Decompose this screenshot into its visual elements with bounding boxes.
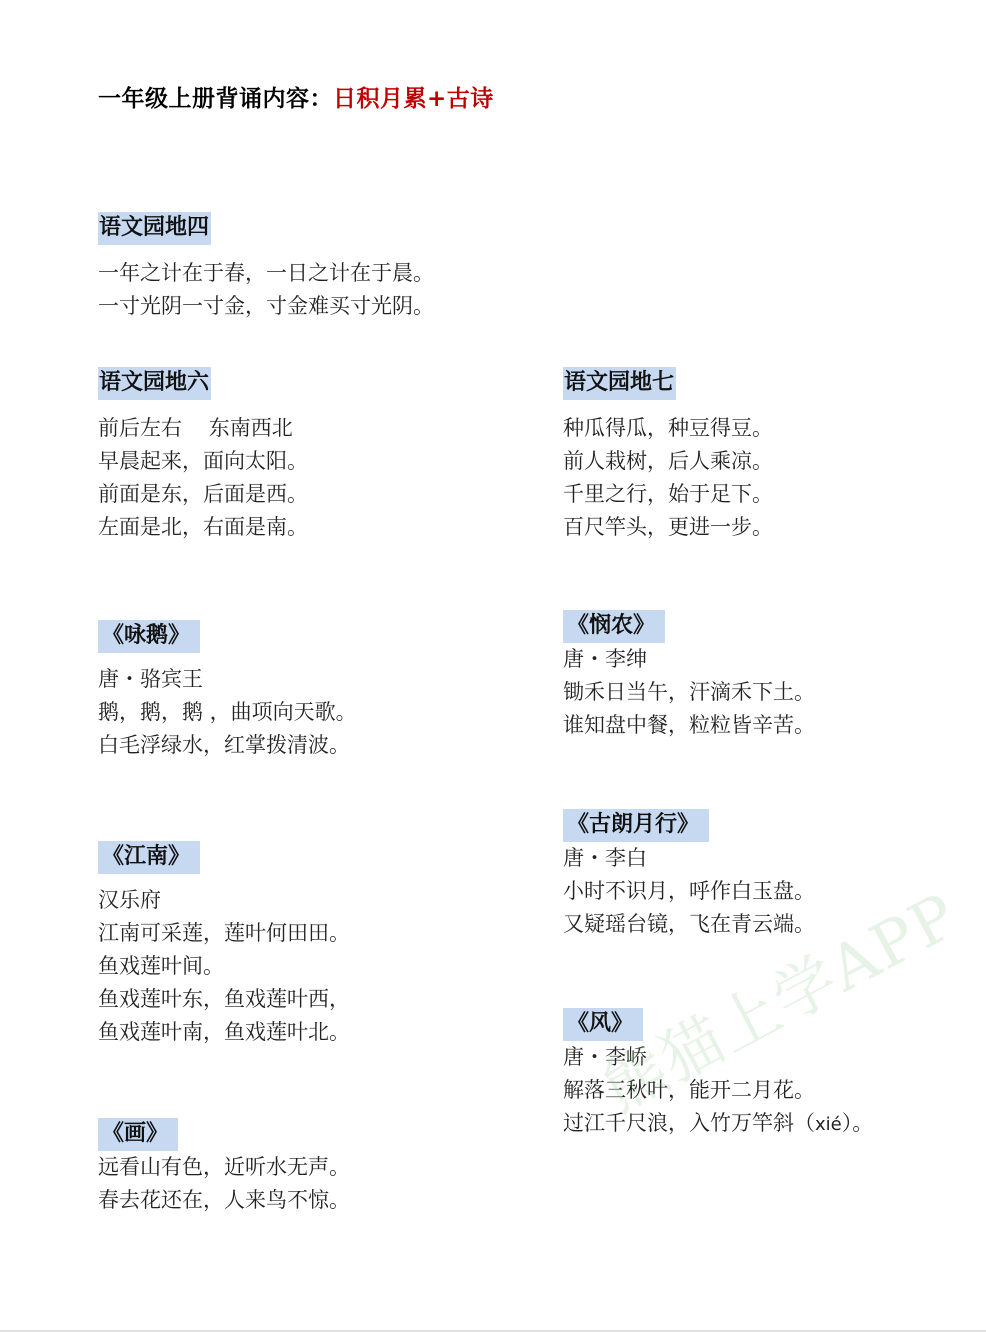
poem-title: 《悯农》	[563, 610, 665, 643]
section-yuandi-6: 语文园地六 前后左右 东南西北 早晨起来，面向太阳。 前面是东，后面是西。 左面…	[98, 367, 308, 544]
text-line: 种瓜得瓜，种豆得豆。	[563, 412, 773, 445]
line-prefix: 过江千尺浪，入竹万竿斜（	[563, 1111, 815, 1135]
text-line: 早晨起来，面向太阳。	[98, 445, 308, 478]
text-line: 解落三秋叶，能开二月花。	[563, 1074, 873, 1107]
pinyin-annotation: xié	[815, 1114, 842, 1135]
text-line: 百尺竿头，更进一步。	[563, 511, 773, 544]
poem-author: 唐・骆宾王	[98, 663, 357, 696]
text-line: 左面是北，右面是南。	[98, 511, 308, 544]
page-title: 一年级上册背诵内容：日积月累+古诗	[98, 80, 494, 113]
section-yuandi-4: 语文园地四 一年之计在于春，一日之计在于晨。 一寸光阴一寸金，寸金难买寸光阴。	[98, 212, 434, 323]
text-line: 过江千尺浪，入竹万竿斜（xié）。	[563, 1107, 873, 1141]
poem-hua: 《画》 远看山有色，近听水无声。 春去花还在，人来鸟不惊。	[98, 1118, 350, 1217]
section-yuandi-7: 语文园地七 种瓜得瓜，种豆得豆。 前人栽树，后人乘凉。 千里之行，始于足下。 百…	[563, 367, 773, 544]
text-line: 白毛浮绿水，红掌拨清波。	[98, 729, 357, 762]
poem-author: 唐・李绅	[563, 643, 815, 676]
section-lines: 前后左右 东南西北 早晨起来，面向太阳。 前面是东，后面是西。 左面是北，右面是…	[98, 412, 308, 544]
section-lines: 种瓜得瓜，种豆得豆。 前人栽树，后人乘凉。 千里之行，始于足下。 百尺竿头，更进…	[563, 412, 773, 544]
poem-jiangnan: 《江南》 汉乐府 江南可采莲，莲叶何田田。 鱼戏莲叶间。 鱼戏莲叶东，鱼戏莲叶西…	[98, 841, 350, 1049]
poem-lines: 唐・李白 小时不识月，呼作白玉盘。 又疑瑶台镜，飞在青云端。	[563, 842, 815, 941]
section-heading: 语文园地七	[563, 367, 676, 400]
poem-feng: 《风》 唐・李峤 解落三秋叶，能开二月花。 过江千尺浪，入竹万竿斜（xié）。	[563, 1008, 873, 1141]
text-line: 一年之计在于春，一日之计在于晨。	[98, 257, 434, 290]
text-line: 春去花还在，人来鸟不惊。	[98, 1184, 350, 1217]
text-line: 一寸光阴一寸金，寸金难买寸光阴。	[98, 290, 434, 323]
poem-title: 《江南》	[98, 841, 200, 874]
poem-title: 《画》	[98, 1118, 178, 1151]
text-line: 前面是东，后面是西。	[98, 478, 308, 511]
poem-gulangyuexing: 《古朗月行》 唐・李白 小时不识月，呼作白玉盘。 又疑瑶台镜，飞在青云端。	[563, 809, 815, 941]
poem-lines: 汉乐府 江南可采莲，莲叶何田田。 鱼戏莲叶间。 鱼戏莲叶东，鱼戏莲叶西， 鱼戏莲…	[98, 884, 350, 1049]
poem-lines: 远看山有色，近听水无声。 春去花还在，人来鸟不惊。	[98, 1151, 350, 1217]
poem-author: 汉乐府	[98, 884, 350, 917]
text-line: 千里之行，始于足下。	[563, 478, 773, 511]
text-line: 鱼戏莲叶间。	[98, 950, 350, 983]
poem-yonge: 《咏鹅》 唐・骆宾王 鹅，鹅，鹅 ，曲项向天歌。 白毛浮绿水，红掌拨清波。	[98, 620, 357, 762]
line-suffix: ）。	[842, 1111, 874, 1135]
section-heading: 语文园地四	[98, 212, 211, 245]
poem-lines: 唐・李绅 锄禾日当午，汗滴禾下土。 谁知盘中餐，粒粒皆辛苦。	[563, 643, 815, 742]
poem-lines: 唐・李峤 解落三秋叶，能开二月花。 过江千尺浪，入竹万竿斜（xié）。	[563, 1041, 873, 1141]
poem-title: 《风》	[563, 1008, 643, 1041]
text-line: 小时不识月，呼作白玉盘。	[563, 875, 815, 908]
poem-title: 《古朗月行》	[563, 809, 709, 842]
text-line: 鱼戏莲叶东，鱼戏莲叶西，	[98, 983, 350, 1016]
section-lines: 一年之计在于春，一日之计在于晨。 一寸光阴一寸金，寸金难买寸光阴。	[98, 257, 434, 323]
poem-title: 《咏鹅》	[98, 620, 200, 653]
text-line: 江南可采莲，莲叶何田田。	[98, 917, 350, 950]
poem-author: 唐・李白	[563, 842, 815, 875]
text-line: 鱼戏莲叶南，鱼戏莲叶北。	[98, 1016, 350, 1049]
text-line: 前后左右 东南西北	[98, 412, 308, 445]
poem-minnong: 《悯农》 唐・李绅 锄禾日当午，汗滴禾下土。 谁知盘中餐，粒粒皆辛苦。	[563, 610, 815, 742]
title-highlight: 日积月累+古诗	[333, 86, 494, 112]
text-line: 谁知盘中餐，粒粒皆辛苦。	[563, 709, 815, 742]
section-heading: 语文园地六	[98, 367, 211, 400]
poem-author: 唐・李峤	[563, 1041, 873, 1074]
text-line: 鹅，鹅，鹅 ，曲项向天歌。	[98, 696, 357, 729]
text-line: 又疑瑶台镜，飞在青云端。	[563, 908, 815, 941]
text-line: 远看山有色，近听水无声。	[98, 1151, 350, 1184]
poem-lines: 唐・骆宾王 鹅，鹅，鹅 ，曲项向天歌。 白毛浮绿水，红掌拨清波。	[98, 663, 357, 762]
title-prefix: 一年级上册背诵内容：	[98, 86, 333, 112]
text-line: 前人栽树，后人乘凉。	[563, 445, 773, 478]
text-line: 锄禾日当午，汗滴禾下土。	[563, 676, 815, 709]
